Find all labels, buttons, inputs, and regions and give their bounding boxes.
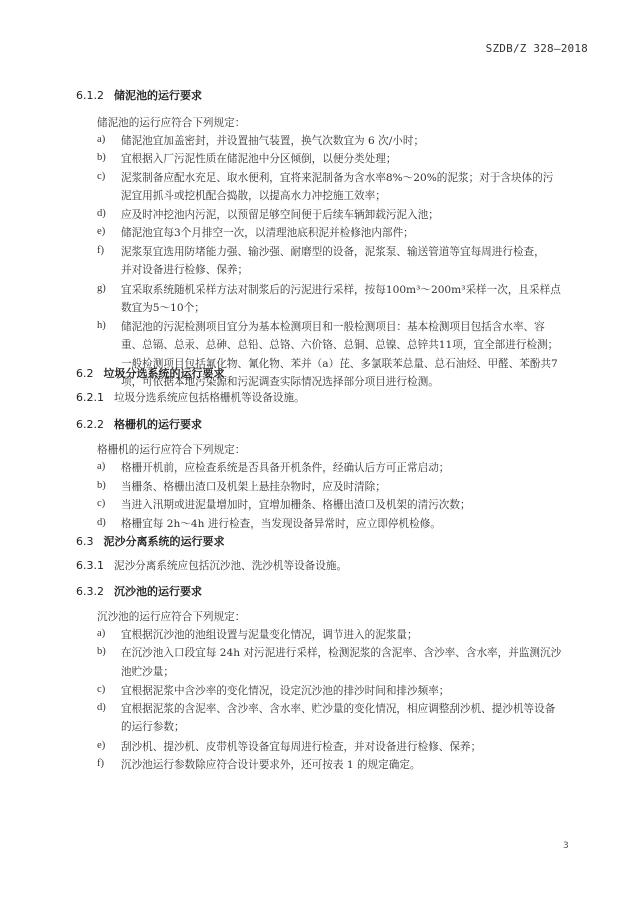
list-item-text: 泥浆制备应配水充足、取水便利，宜将来泥制备为含水率8%～20%的泥浆；对于含块体… bbox=[121, 171, 553, 185]
list-item-text: 沉沙池运行参数除应符合设计要求外，还可按表 1 的规定确定。 bbox=[121, 758, 421, 772]
section-title: 储泥池的运行要求 bbox=[114, 89, 202, 102]
section-heading-6-2-2: 6.2.2格栅机的运行要求 bbox=[76, 416, 202, 432]
list-label: a) bbox=[97, 461, 105, 472]
section-intro: 格栅机的运行应符合下列规定： bbox=[97, 443, 245, 457]
list-label: a) bbox=[97, 134, 105, 145]
list-label: b) bbox=[97, 480, 106, 491]
list-item-text: 宜根据入厂污泥性质在储泥池中分区倾倒，以便分类处理； bbox=[121, 152, 396, 166]
section-number: 6.2.2 bbox=[76, 418, 104, 431]
section-intro: 储泥池的运行应符合下列规定： bbox=[97, 116, 245, 130]
section-title: 格栅机的运行要求 bbox=[114, 418, 202, 431]
list-item-text: 当进入汛期或进泥量增加时，宜增加栅条、格栅出渣口及机架的清污次数； bbox=[121, 498, 471, 512]
list-item-text: 格栅宜每 2h～4h 进行检查，当发现设备异常时，应立即停机检修。 bbox=[121, 517, 441, 531]
section-heading-6-2: 6.2垃圾分选系统的运行要求 bbox=[76, 365, 225, 381]
list-label: d) bbox=[97, 517, 106, 528]
document-code-header: SZDB/Z 328—2018 bbox=[486, 42, 588, 55]
list-item-text: 储泥池的污泥检测项目宜分为基本检测项目和一般检测项目：基本检测项目包括含水率、容 bbox=[121, 320, 545, 334]
list-item-text: 宜根据泥浆的含泥率、含沙率、含水率、贮沙量的变化情况，相应调整刮沙机、提沙机等设… bbox=[121, 702, 555, 716]
list-label: c) bbox=[97, 684, 105, 695]
list-item-text: 储泥池宜加盖密封，并设置抽气装置，换气次数宜为 6 次/小时； bbox=[121, 134, 424, 148]
list-item-text: 重、总镉、总汞、总砷、总铅、总铬、六价铬、总铜、总镍、总锌共11项，宜全部进行检… bbox=[121, 338, 558, 352]
list-label: a) bbox=[97, 628, 105, 639]
list-label: f) bbox=[97, 758, 104, 769]
list-label: f) bbox=[97, 245, 104, 256]
list-label: b) bbox=[97, 152, 106, 163]
section-number: 6.2.1 bbox=[76, 391, 104, 404]
list-item-text: 宜采取系统随机采样方法对制浆后的污泥进行采样，按每100m³～200m³采样一次… bbox=[121, 283, 561, 297]
list-item-text: 泥宜用抓斗或挖机配合捣散，以提高水力冲挖施工效率； bbox=[121, 189, 386, 203]
list-label: c) bbox=[97, 171, 105, 182]
section-text: 泥沙分离系统应包括沉沙池、洗沙机等设备设施。 bbox=[114, 560, 347, 572]
list-item-text: 格栅开机前，应检查系统是否具备开机条件，经确认后方可正常启动； bbox=[121, 461, 449, 475]
list-item-text: 的运行参数； bbox=[121, 720, 185, 734]
list-item-text: 应及时冲挖池内污泥，以预留足够空间便于后续车辆卸载污泥入池； bbox=[121, 208, 439, 222]
list-item-text: 泥浆泵宜选用防堵能力强、输沙强、耐磨型的设备，泥浆泵、输送管道等宜每周进行检查， bbox=[121, 245, 545, 259]
section-title: 垃圾分选系统的运行要求 bbox=[104, 367, 225, 380]
list-item-text: 当栅条、格栅出渣口及机架上悬挂杂物时，应及时清除； bbox=[121, 480, 386, 494]
section-title: 沉沙池的运行要求 bbox=[114, 585, 202, 598]
list-item-text: 宜根据泥浆中含沙率的变化情况，设定沉沙池的排沙时间和排沙频率； bbox=[121, 684, 449, 698]
section-intro: 沉沙池的运行应符合下列规定： bbox=[97, 610, 245, 624]
list-item-text: 数宜为5～10个； bbox=[121, 301, 205, 315]
list-item-text: 储泥池宜每3个月排空一次，以清理池底积泥并检修池内部件； bbox=[121, 226, 414, 240]
list-item-text: 并对设备进行检修、保养； bbox=[121, 263, 248, 277]
section-number: 6.1.2 bbox=[76, 89, 104, 102]
section-heading-6-3-2: 6.3.2沉沙池的运行要求 bbox=[76, 583, 202, 599]
list-label: c) bbox=[97, 498, 105, 509]
section-text: 垃圾分选系统应包括格栅机等设备设施。 bbox=[114, 392, 305, 404]
list-item-text: 刮沙机、提沙机、皮带机等设备宜每周进行检查，并对设备进行检修、保养； bbox=[121, 740, 481, 754]
list-label: g) bbox=[97, 283, 106, 294]
section-number: 6.3 bbox=[76, 535, 94, 548]
list-item-text: 池贮沙量； bbox=[121, 665, 174, 679]
section-clause-6-3-1: 6.3.1泥沙分离系统应包括沉沙池、洗沙机等设备设施。 bbox=[76, 558, 347, 573]
section-heading-6-1-2: 6.1.2储泥池的运行要求 bbox=[76, 87, 202, 103]
page-number: 3 bbox=[563, 841, 569, 851]
section-number: 6.3.2 bbox=[76, 585, 104, 598]
list-label: e) bbox=[97, 740, 105, 751]
section-clause-6-2-1: 6.2.1垃圾分选系统应包括格栅机等设备设施。 bbox=[76, 390, 305, 405]
list-label: d) bbox=[97, 208, 106, 219]
list-label: h) bbox=[97, 320, 106, 331]
list-item-text: 在沉沙池入口段宜每 24h 对污泥进行采样，检测泥浆的含泥率、含沙率、含水率，并… bbox=[121, 646, 561, 660]
section-heading-6-3: 6.3泥沙分离系统的运行要求 bbox=[76, 533, 225, 549]
list-label: e) bbox=[97, 226, 105, 237]
section-number: 6.2 bbox=[76, 367, 94, 380]
section-number: 6.3.1 bbox=[76, 559, 104, 572]
section-title: 泥沙分离系统的运行要求 bbox=[104, 535, 225, 548]
list-label: b) bbox=[97, 646, 106, 657]
list-item-text: 宜根据沉沙池的池组设置与泥量变化情况，调节进入的泥浆量； bbox=[121, 628, 418, 642]
list-label: d) bbox=[97, 702, 106, 713]
